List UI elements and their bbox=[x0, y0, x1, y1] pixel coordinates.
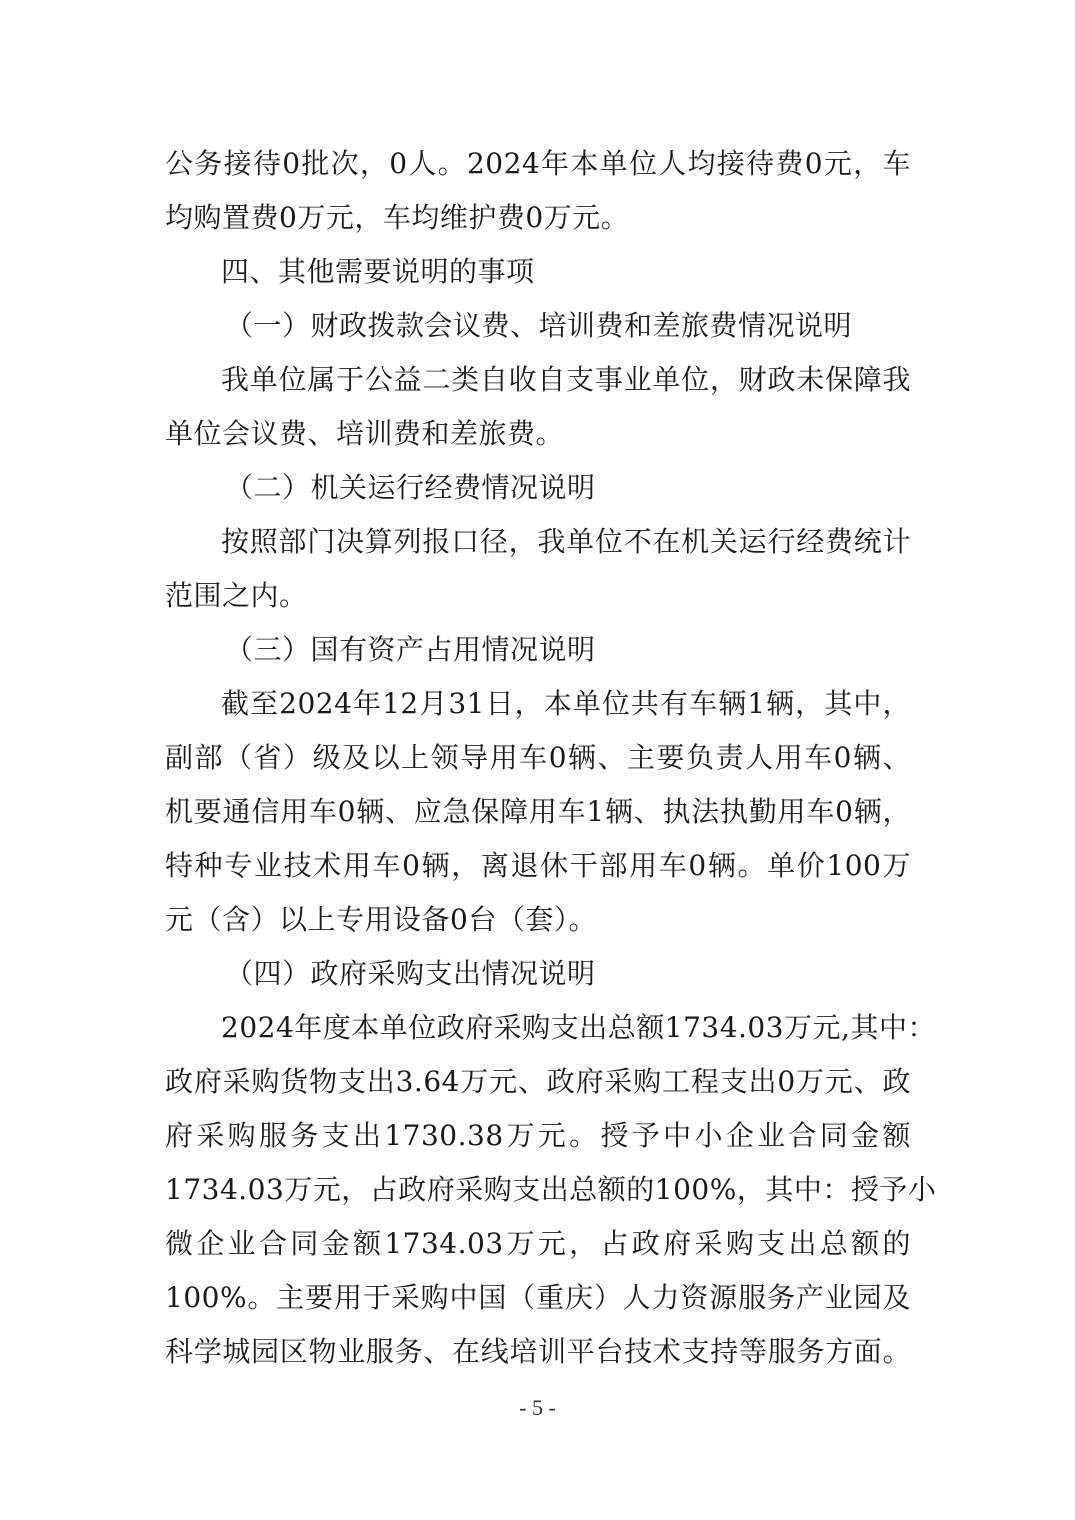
section-heading: 四、其他需要说明的事项 bbox=[165, 245, 911, 299]
paragraph-line: 100%。主要用于采购中国（重庆）人力资源服务产业园及 bbox=[165, 1271, 911, 1325]
paragraph-line: 范围之内。 bbox=[165, 569, 911, 623]
paragraph-line: 政府采购货物支出3.64万元、政府采购工程支出0万元、政 bbox=[165, 1055, 911, 1109]
paragraph-line: 1734.03万元，占政府采购支出总额的100%，其中：授予小 bbox=[165, 1163, 911, 1217]
paragraph-line: 科学城园区物业服务、在线培训平台技术支持等服务方面。 bbox=[165, 1325, 911, 1379]
paragraph-line: 单位会议费、培训费和差旅费。 bbox=[165, 407, 911, 461]
paragraph-line: 机要通信用车0辆、应急保障用车1辆、执法执勤用车0辆， bbox=[165, 785, 911, 839]
paragraph-line: 元（含）以上专用设备0台（套）。 bbox=[165, 893, 911, 947]
paragraph-line: 公务接待0批次，0人。2024年本单位人均接待费0元，车 bbox=[165, 137, 911, 191]
paragraph-line: 2024年度本单位政府采购支出总额1734.03万元,其中： bbox=[165, 1001, 911, 1055]
subsection-heading: （四）政府采购支出情况说明 bbox=[165, 947, 911, 1001]
paragraph-line: 按照部门决算列报口径，我单位不在机关运行经费统计 bbox=[165, 515, 911, 569]
subsection-heading: （三）国有资产占用情况说明 bbox=[165, 623, 911, 677]
document-page: 公务接待0批次，0人。2024年本单位人均接待费0元，车 均购置费0万元，车均维… bbox=[165, 137, 911, 1379]
page-number: - 5 - bbox=[0, 1395, 1075, 1421]
paragraph-line: 均购置费0万元，车均维护费0万元。 bbox=[165, 191, 911, 245]
paragraph-line: 微企业合同金额1734.03万元，占政府采购支出总额的 bbox=[165, 1217, 911, 1271]
paragraph-line: 截至2024年12月31日，本单位共有车辆1辆，其中， bbox=[165, 677, 911, 731]
subsection-heading: （二）机关运行经费情况说明 bbox=[165, 461, 911, 515]
paragraph-line: 府采购服务支出1730.38万元。授予中小企业合同金额 bbox=[165, 1109, 911, 1163]
paragraph-line: 我单位属于公益二类自收自支事业单位，财政未保障我 bbox=[165, 353, 911, 407]
paragraph-line: 特种专业技术用车0辆，离退休干部用车0辆。单价100万 bbox=[165, 839, 911, 893]
paragraph-line: 副部（省）级及以上领导用车0辆、主要负责人用车0辆、 bbox=[165, 731, 911, 785]
subsection-heading: （一）财政拨款会议费、培训费和差旅费情况说明 bbox=[165, 299, 911, 353]
